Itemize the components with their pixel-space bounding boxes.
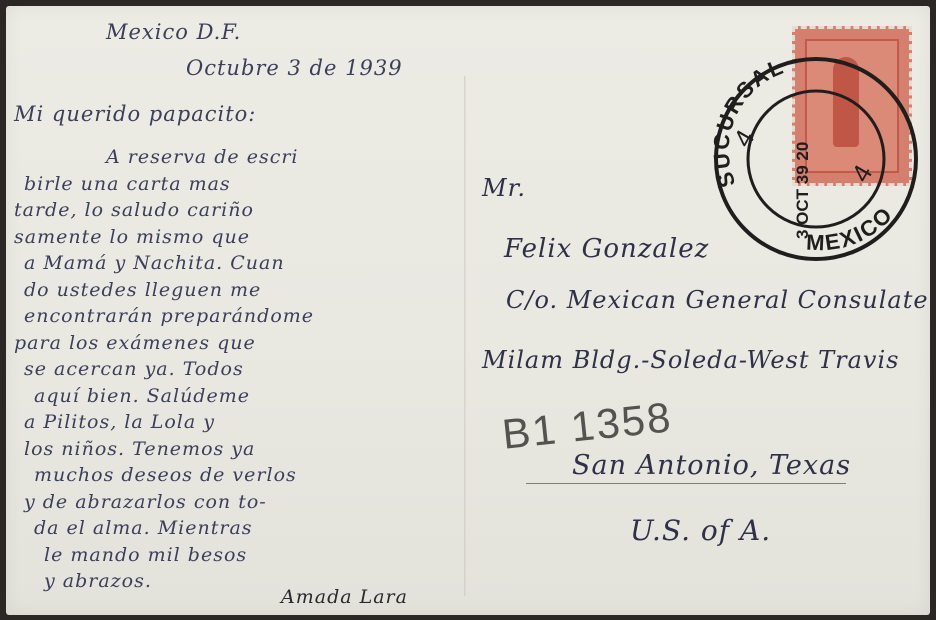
postmark-top-text: SUCURSAL [708, 53, 788, 190]
postmark-branch: 4 [727, 124, 760, 152]
address-city: San Antonio, Texas [572, 450, 851, 481]
letter-salutation: Mi querido papacito: [14, 102, 256, 126]
letter-line: da el alma. Mientras [34, 517, 253, 539]
letter-line: tarde, lo saludo cariño [14, 199, 254, 221]
address-country: U.S. of A. [630, 514, 771, 547]
letter-line: encontrarán preparándome [24, 305, 314, 327]
svg-text:MEXICO: MEXICO [806, 201, 899, 255]
letter-line: y de abrazarlos con to- [24, 491, 267, 513]
letter-line: para los exámenes que [14, 332, 256, 354]
letter-line: muchos deseos de verlos [34, 464, 297, 486]
letter-line: A reserva de escri [106, 146, 299, 168]
letter-line: aquí bien. Salúdeme [34, 385, 250, 407]
address-line-2: Milam Bldg.-Soleda-West Travis [482, 346, 899, 374]
letter-line: se acercan ya. Todos [24, 358, 244, 380]
address-title: Mr. [482, 174, 526, 202]
postcard-back: Mexico D.F. Octubre 3 de 1939 Mi querido… [6, 6, 930, 615]
postage-stamp [792, 26, 912, 186]
letter-line: a Mamá y Nachita. Cuan [24, 252, 285, 274]
letter-line: samente lo mismo que [14, 226, 250, 248]
letter-line: y abrazos. [44, 570, 152, 592]
city-underline [526, 483, 846, 484]
letter-line: le mando mil besos [44, 544, 247, 566]
center-divider [464, 76, 466, 596]
address-line-1: C/o. Mexican General Consulate [506, 286, 929, 314]
pencil-note: B1 1358 [500, 393, 675, 459]
letter-line: a Pilitos, la Lola y [24, 411, 215, 433]
letter-place: Mexico D.F. [106, 20, 241, 44]
recipient-name: Felix Gonzalez [504, 234, 709, 264]
letter-date: Octubre 3 de 1939 [186, 56, 403, 80]
letter-signature: Amada Lara [281, 586, 408, 608]
letter-line: los niños. Tenemos ya [24, 438, 255, 460]
stamp-figure-icon [833, 57, 859, 147]
postmark-bottom-text: MEXICO [806, 201, 899, 255]
svg-text:SUCURSAL: SUCURSAL [708, 53, 788, 190]
letter-line: birle una carta mas [24, 173, 231, 195]
letter-line: do ustedes lleguen me [24, 279, 261, 301]
